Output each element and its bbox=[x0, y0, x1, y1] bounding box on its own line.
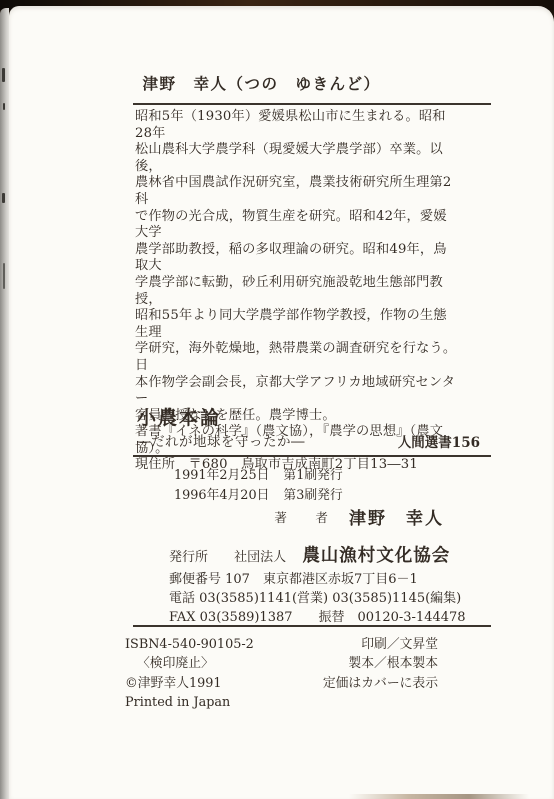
page-left-edge bbox=[0, 8, 9, 799]
divider-title bbox=[133, 455, 491, 457]
divider-bottom bbox=[133, 625, 491, 627]
author-header: 津野 幸人（つの ゆきんど） bbox=[9, 72, 514, 94]
series-label: 人間選書156 bbox=[398, 431, 480, 451]
edge-mark bbox=[3, 103, 5, 110]
bio-line: 昭和55年より同大学農学部作物学教授，作物の生態生理 bbox=[135, 308, 459, 341]
publisher-org-type: 社団法人 bbox=[234, 550, 286, 565]
bio-line: 学研究，海外乾燥地，熱帯農業の調査研究を行なう。日 bbox=[135, 341, 459, 374]
book-title: 小農本論 bbox=[137, 403, 221, 430]
imprint-line: 印刷／文昇堂 bbox=[323, 635, 438, 654]
colophon-page: 津野 幸人（つの ゆきんど） 昭和5年（1930年）愛媛県松山市に生まれる。昭和… bbox=[9, 6, 554, 799]
edge-mark bbox=[2, 193, 5, 203]
edition-date: 1996年4月20日 bbox=[174, 488, 269, 503]
imprint-line: ©津野幸人1991 bbox=[125, 674, 254, 693]
bio-line: 学農学部に転勤，砂丘利用研究施設乾地生態部門教授， bbox=[135, 275, 459, 308]
imprint-line: ISBN4-540-90105-2 bbox=[125, 635, 254, 654]
author-name: 津野 幸人 bbox=[349, 509, 444, 529]
imprint-line: Printed in Japan bbox=[125, 693, 254, 712]
publisher-line: 発行所 社団法人 農山漁村文化協会 bbox=[169, 542, 450, 567]
edge-mark bbox=[2, 68, 5, 82]
publisher-name: 農山漁村文化協会 bbox=[302, 546, 450, 566]
bio-line: で作物の光合成，物質生産を研究。昭和42年，愛媛大学 bbox=[135, 209, 459, 242]
fax-and-transfer: FAX 03(3589)1387 振替 00120-3-144478 bbox=[169, 606, 466, 625]
edition-line: 1996年4月20日第3刷発行 bbox=[174, 486, 343, 506]
bio-line: 農学部助教授，稲の多収理論の研究。昭和49年，鳥取大 bbox=[135, 242, 459, 275]
author-role-label: 著 者 bbox=[274, 510, 336, 525]
imprint-line: 定価はカバーに表示 bbox=[323, 674, 438, 693]
imprint-left-column: ISBN4-540-90105-2〈検印廃止〉©津野幸人1991Printed … bbox=[125, 635, 254, 712]
publisher-role-label: 発行所 bbox=[169, 550, 208, 565]
edition-line: 1991年2月25日第1刷発行 bbox=[174, 466, 343, 486]
bio-line: 昭和5年（1930年）愛媛県松山市に生まれる。昭和28年 bbox=[135, 109, 459, 142]
book-subtitle: ―だれが地球を守ったか― bbox=[137, 430, 305, 450]
bio-line: 松山農科大学農学科（現愛媛大学農学部）卒業。以後， bbox=[135, 142, 459, 175]
imprint-line: 製本／根本製本 bbox=[323, 654, 438, 673]
edition-history: 1991年2月25日第1刷発行 1996年4月20日第3刷発行 bbox=[174, 466, 343, 505]
book-colophon-photo: { "author_header": "津野 幸人（つの ゆきんど）", "bi… bbox=[0, 0, 554, 799]
edge-mark bbox=[3, 263, 5, 289]
author-credit: 著 者 津野 幸人 bbox=[9, 504, 444, 529]
photo-bottom-edge bbox=[349, 794, 529, 799]
phone-numbers: 電話 03(3585)1141(営業) 03(3585)1145(編集) bbox=[169, 587, 461, 606]
postal-address: 郵便番号 107 東京都港区赤坂7丁目6－1 bbox=[169, 568, 418, 587]
edition-date: 1991年2月25日 bbox=[174, 468, 269, 483]
imprint-right-column: 印刷／文昇堂製本／根本製本定価はカバーに表示 bbox=[323, 635, 438, 693]
divider-top bbox=[133, 103, 491, 105]
edition-label: 第1刷発行 bbox=[283, 468, 342, 483]
bio-line: 農林省中国農試作況研究室，農業技術研究所生理第2科 bbox=[135, 175, 459, 208]
imprint-line: 〈検印廃止〉 bbox=[125, 654, 254, 673]
edition-label: 第3刷発行 bbox=[283, 488, 342, 503]
